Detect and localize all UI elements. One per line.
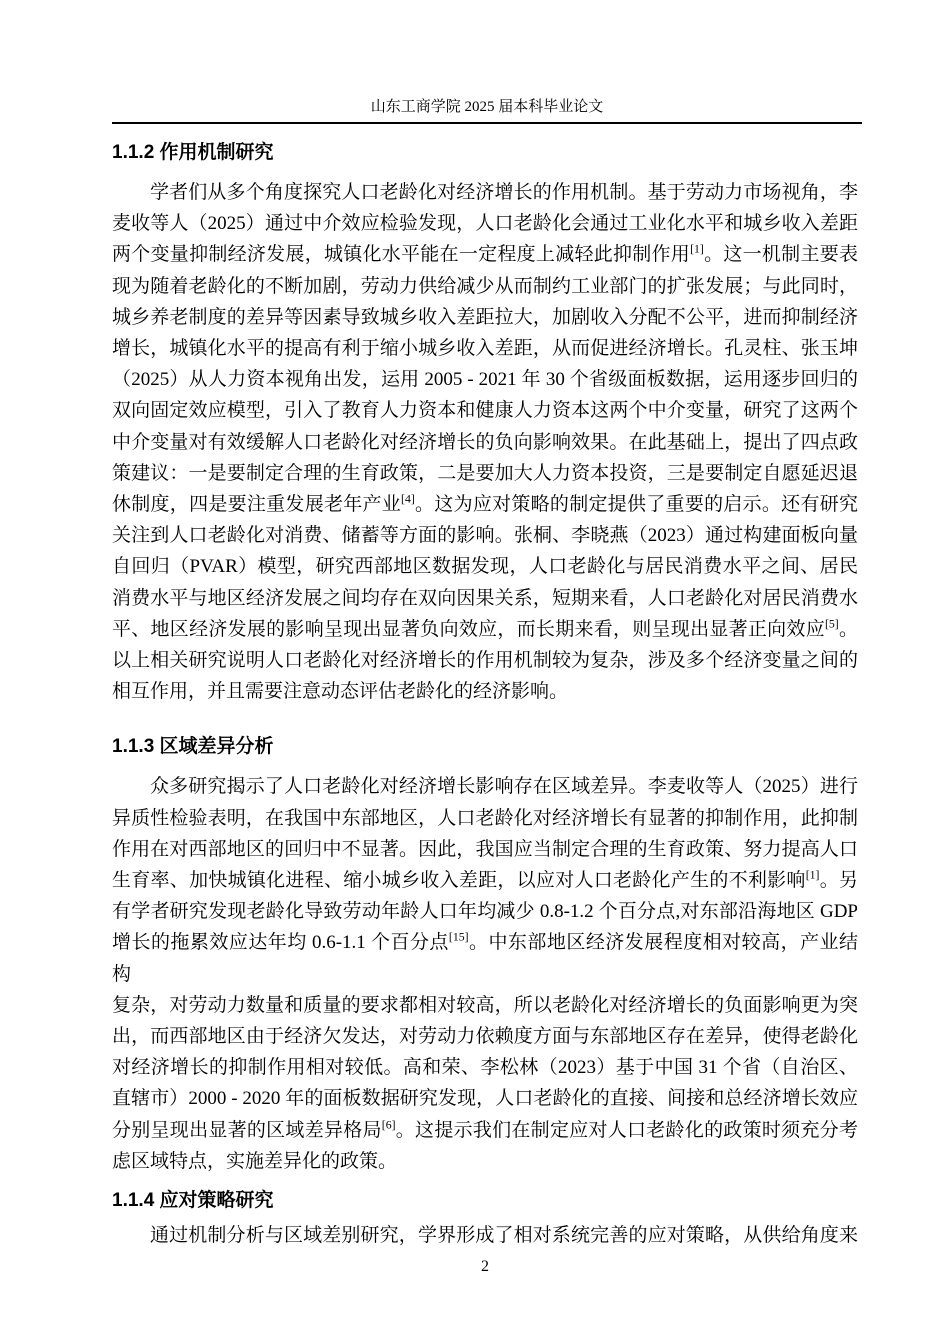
document-body: 1.1.2 作用机制研究 学者们从多个角度探究人口老龄化对经济增长的作用机制。基… — [112, 124, 858, 1251]
text-line: 虑区域特点，实施差异化的政策。 — [112, 1146, 858, 1177]
text-line: 对经济增长的抑制作用相对较低。高和荣、李松林（2023）基于中国 31 个省（自… — [112, 1052, 858, 1083]
text-line: 城乡养老制度的差异等因素导致城乡收入差距拉大，加剧收入分配不公平，进而抑制经济 — [112, 302, 858, 333]
paragraph-coping-strategy: 通过机制分析与区域差别研究，学界形成了相对系统完善的应对策略，从供给角度来 — [112, 1220, 858, 1251]
text-line: 休制度，四是要注重发展老年产业[4]。这为应对策略的制定提供了重要的启示。还有研… — [112, 489, 858, 520]
paragraph-regional-difference: 众多研究揭示了人口老龄化对经济增长影响存在区域差异。李麦收等人（2025）进行异… — [112, 771, 858, 1177]
text-line: 增长，城镇化水平的提高有利于缩小城乡收入差距，从而促进经济增长。孔灵柱、张玉坤 — [112, 333, 858, 364]
text-line: 相互作用，并且需要注意动态评估老龄化的经济影响。 — [112, 676, 858, 707]
citation-marker: [4] — [401, 493, 415, 506]
text-line: 分别呈现出显著的区域差异格局[6]。这提示我们在制定应对人口老龄化的政策时须充分… — [112, 1115, 858, 1146]
section-heading-1-1-3: 1.1.3 区域差异分析 — [112, 733, 858, 760]
text-line: 消费水平与地区经济发展之间均存在双向因果关系，短期来看，人口老龄化对居民消费水 — [112, 583, 858, 614]
citation-marker: [1] — [690, 243, 704, 256]
section-heading-1-1-2: 1.1.2 作用机制研究 — [112, 139, 858, 166]
text-line: 生育率、加快城镇化进程、缩小城乡收入差距，以应对人口老龄化产生的不利影响[1]。… — [112, 865, 858, 896]
text-line: 策建议：一是要制定合理的生育政策，二是要加大人力资本投资，三是要制定自愿延迟退 — [112, 458, 858, 489]
text-line: 作用在对西部地区的回归中不显著。因此，我国应当制定合理的生育政策、努力提高人口 — [112, 834, 858, 865]
text-line: 双向固定效应模型，引入了教育人力资本和健康人力资本这两个中介变量，研究了这两个 — [112, 395, 858, 426]
text-line: 直辖市）2000 - 2020 年的面板数据研究发现，人口老龄化的直接、间接和总… — [112, 1083, 858, 1114]
section-heading-1-1-4: 1.1.4 应对策略研究 — [112, 1187, 858, 1214]
paragraph-mechanism-research: 学者们从多个角度探究人口老龄化对经济增长的作用机制。基于劳动力市场视角，李麦收等… — [112, 177, 858, 707]
text-line: 出，而西部地区由于经济欠发达，对劳动力依赖度方面与东部地区存在差异，使得老龄化 — [112, 1021, 858, 1052]
text-line: 关注到人口老龄化对消费、储蓄等方面的影响。张桐、李晓燕（2023）通过构建面板向… — [112, 520, 858, 551]
page-footer: 2 — [112, 1256, 858, 1278]
text-line: 众多研究揭示了人口老龄化对经济增长影响存在区域差异。李麦收等人（2025）进行 — [112, 771, 858, 802]
page-number: 2 — [481, 1258, 489, 1275]
text-line: 平、地区经济发展的影响呈现出显著负向效应，而长期来看，则呈现出显著正向效应[5]… — [112, 614, 858, 645]
text-line: 现为随着老龄化的不断加剧，劳动力供给减少从而制约工业部门的扩张发展；与此同时， — [112, 271, 858, 302]
citation-marker: [6] — [382, 1118, 396, 1131]
text-line: 通过机制分析与区域差别研究，学界形成了相对系统完善的应对策略，从供给角度来 — [112, 1220, 858, 1251]
text-line: 以上相关研究说明人口老龄化对经济增长的作用机制较为复杂，涉及多个经济变量之间的 — [112, 645, 858, 676]
citation-marker: [5] — [825, 618, 839, 631]
text-line: 增长的拖累效应达年均 0.6-1.1 个百分点[15]。中东部地区经济发展程度相… — [112, 927, 858, 989]
page-header: 山东工商学院 2025 届本科毕业论文 — [112, 97, 862, 124]
text-line: 麦收等人（2025）通过中介效应检验发现，人口老龄化会通过工业化水平和城乡收入差… — [112, 208, 858, 239]
text-line: 学者们从多个角度探究人口老龄化对经济增长的作用机制。基于劳动力市场视角，李 — [112, 177, 858, 208]
citation-marker: [1] — [806, 869, 820, 882]
text-line: （2025）从人力资本视角出发，运用 2005 - 2021 年 30 个省级面… — [112, 364, 858, 395]
text-line: 复杂，对劳动力数量和质量的要求都相对较高，所以老龄化对经济增长的负面影响更为突 — [112, 990, 858, 1021]
text-line: 两个变量抑制经济发展，城镇化水平能在一定程度上减轻此抑制作用[1]。这一机制主要… — [112, 239, 858, 270]
text-line: 异质性检验表明，在我国中东部地区，人口老龄化对经济增长有显著的抑制作用，此抑制 — [112, 803, 858, 834]
thesis-page: 山东工商学院 2025 届本科毕业论文 1.1.2 作用机制研究 学者们从多个角… — [0, 0, 950, 1344]
citation-marker: [15] — [449, 931, 469, 944]
text-line: 中介变量对有效缓解人口老龄化对经济增长的负向影响效果。在此基础上，提出了四点政 — [112, 427, 858, 458]
text-line: 有学者研究发现老龄化导致劳动年龄人口年均减少 0.8-1.2 个百分点,对东部沿… — [112, 896, 858, 927]
text-line: 自回归（PVAR）模型，研究西部地区数据发现，人口老龄化与居民消费水平之间、居民 — [112, 551, 858, 582]
header-title: 山东工商学院 2025 届本科毕业论文 — [371, 99, 604, 115]
